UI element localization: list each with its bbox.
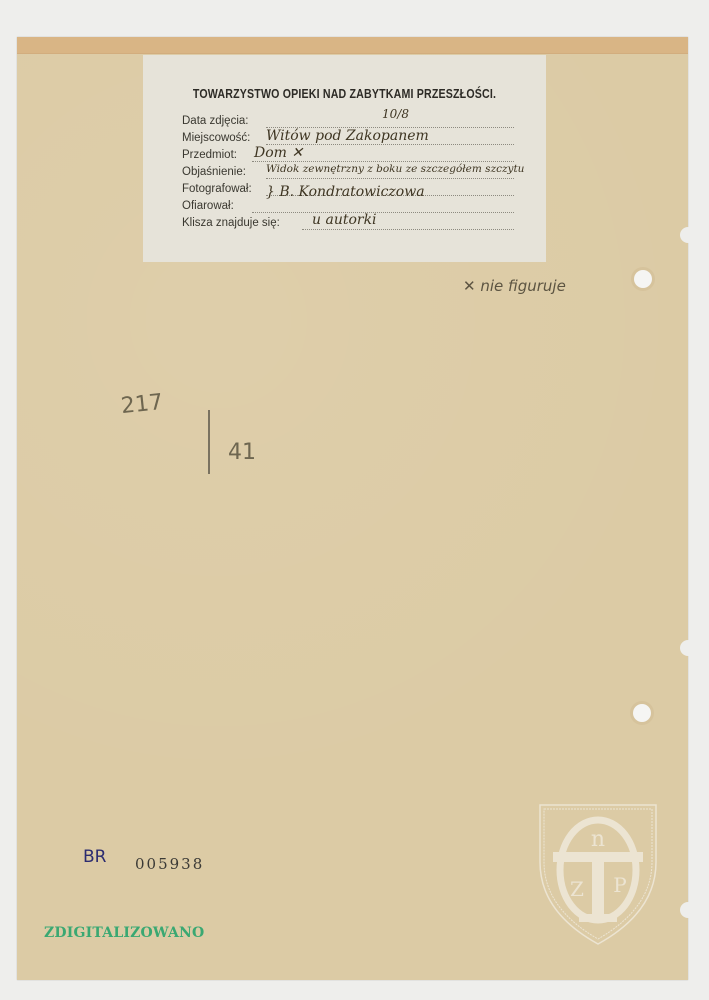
edge-notch-1 xyxy=(680,227,696,243)
record-card: TOWARZYSTWO OPIEKI NAD ZABYTKAMI PRZESZŁ… xyxy=(143,55,546,262)
handwritten-value: } B. Kondratowiczowa xyxy=(266,184,425,200)
dotted-line xyxy=(266,178,514,179)
digitized-stamp: ZDIGITALIZOWANO xyxy=(44,925,204,941)
serial-number: 005938 xyxy=(135,855,204,873)
tonzp-emblem-icon: n Z P xyxy=(537,802,659,947)
field-label: Data zdjęcia: xyxy=(182,115,248,127)
field-photographer: Fotografował: } B. Kondratowiczowa xyxy=(182,183,252,199)
field-subject: Przedmiot: Dom ✕ xyxy=(182,149,237,165)
pencil-number-217: 217 xyxy=(120,390,164,419)
card-title: TOWARZYSTWO OPIEKI NAD ZABYTKAMI PRZESZŁ… xyxy=(173,87,516,101)
dotted-line xyxy=(302,229,514,230)
handwritten-value: u autorki xyxy=(312,212,377,228)
field-date: Data zdjęcia: 10/8 xyxy=(182,115,248,131)
side-note: ✕ nie figuruje xyxy=(463,277,566,295)
svg-text:P: P xyxy=(613,873,626,897)
punch-hole-upper xyxy=(634,270,652,288)
dotted-line xyxy=(252,212,514,213)
edge-notch-3 xyxy=(680,902,696,918)
handwritten-value: Widok zewnętrzny z boku ze szczegółem sz… xyxy=(266,163,524,175)
svg-text:Z: Z xyxy=(570,877,584,901)
dotted-line xyxy=(266,144,514,145)
field-label: Fotografował: xyxy=(182,183,252,195)
edge-notch-2 xyxy=(680,640,696,656)
punch-hole-lower xyxy=(633,704,651,722)
field-label: Przedmiot: xyxy=(182,149,237,161)
field-label: Miejscowość: xyxy=(182,132,250,144)
handwritten-value: 10/8 xyxy=(382,107,409,121)
field-label: Klisza znajduje się: xyxy=(182,217,280,229)
field-label: Ofiarował: xyxy=(182,200,234,212)
emblem-letter-n: n xyxy=(591,827,605,852)
stamp-br: BR xyxy=(83,847,106,867)
archive-paper-sheet: TOWARZYSTWO OPIEKI NAD ZABYTKAMI PRZESZŁ… xyxy=(17,37,688,980)
pencil-number-41: 41 xyxy=(228,440,256,465)
dotted-line xyxy=(252,161,514,162)
field-description: Objaśnienie: Widok zewnętrzny z boku ze … xyxy=(182,166,246,182)
paper-top-strip xyxy=(17,37,688,54)
handwritten-value: Witów pod Zakopanem xyxy=(266,128,429,144)
handwritten-value: Dom ✕ xyxy=(254,145,303,161)
field-label: Objaśnienie: xyxy=(182,166,246,178)
field-donor: Ofiarował: xyxy=(182,200,234,216)
field-negative-location: Klisza znajduje się: u autorki xyxy=(182,217,280,233)
pencil-vertical-mark xyxy=(208,410,210,474)
field-location: Miejscowość: Witów pod Zakopanem xyxy=(182,132,250,148)
